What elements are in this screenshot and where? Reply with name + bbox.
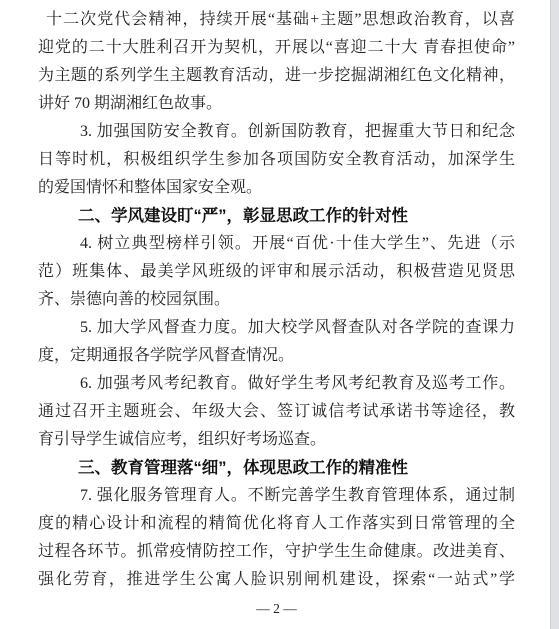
doc-line: 5. 加大学风督查力度。加大校学风督查队对各学院的查课力 (38, 314, 515, 342)
doc-line: 齐、崇德向善的校园氛围。 (38, 286, 515, 314)
doc-line: 过程各环节。抓常疫情防控工作，守护学生生命健康。改进美育、 (38, 538, 515, 566)
doc-line: 日等时机，积极组织学生参加各项国防安全教育活动，加深学生 (38, 146, 515, 174)
doc-line: 的爱国情怀和整体国家安全观。 (38, 174, 515, 202)
doc-line: 7. 强化服务管理育人。不断完善学生教育管理体系，通过制 (38, 482, 515, 510)
section-heading: 三、教育管理落“细”，体现思政工作的精准性 (38, 454, 515, 482)
doc-line: 3. 加强国防安全教育。创新国防教育，把握重大节日和纪念 (38, 118, 515, 146)
section-heading: 二、学风建设盯“严”，彰显思政工作的针对性 (38, 202, 515, 230)
doc-line: 讲好 70 期湖湘红色故事。 (38, 90, 515, 118)
page-number: — 2 — (38, 601, 515, 616)
doc-line: 为主题的系列学生主题教育活动，进一步挖掘湖湘红色文化精神， (38, 62, 515, 90)
page-edge-strip (550, 0, 559, 629)
doc-line: 育引导学生诚信应考，组织好考场巡查。 (38, 426, 515, 454)
document-body: 十二次党代会精神，持续开展“基础+主题”思想政治教育，以喜 迎党的二十大胜利召开… (38, 6, 515, 594)
doc-line: 十二次党代会精神，持续开展“基础+主题”思想政治教育，以喜 (38, 6, 515, 34)
doc-line: 迎党的二十大胜利召开为契机，开展以“喜迎二十大 青春担使命” (38, 34, 515, 62)
document-page: 十二次党代会精神，持续开展“基础+主题”思想政治教育，以喜 迎党的二十大胜利召开… (0, 0, 559, 629)
doc-line: 度，定期通报各学院学风督查情况。 (38, 342, 515, 370)
doc-line: 范）班集体、最美学风班级的评审和展示活动，积极营造见贤思 (38, 258, 515, 286)
doc-line: 通过召开主题班会、年级大会、签订诚信考试承诺书等途径，教 (38, 398, 515, 426)
doc-line: 度的精心设计和流程的精简优化将育人工作落实到日常管理的全 (38, 510, 515, 538)
doc-line: 6. 加强考风考纪教育。做好学生考风考纪教育及巡考工作。 (38, 370, 515, 398)
doc-line: 强化劳育，推进学生公寓人脸识别闸机建设，探索“一站式”学 (38, 566, 515, 594)
doc-line: 4. 树立典型榜样引领。开展“百优·十佳大学生”、先进（示 (38, 230, 515, 258)
